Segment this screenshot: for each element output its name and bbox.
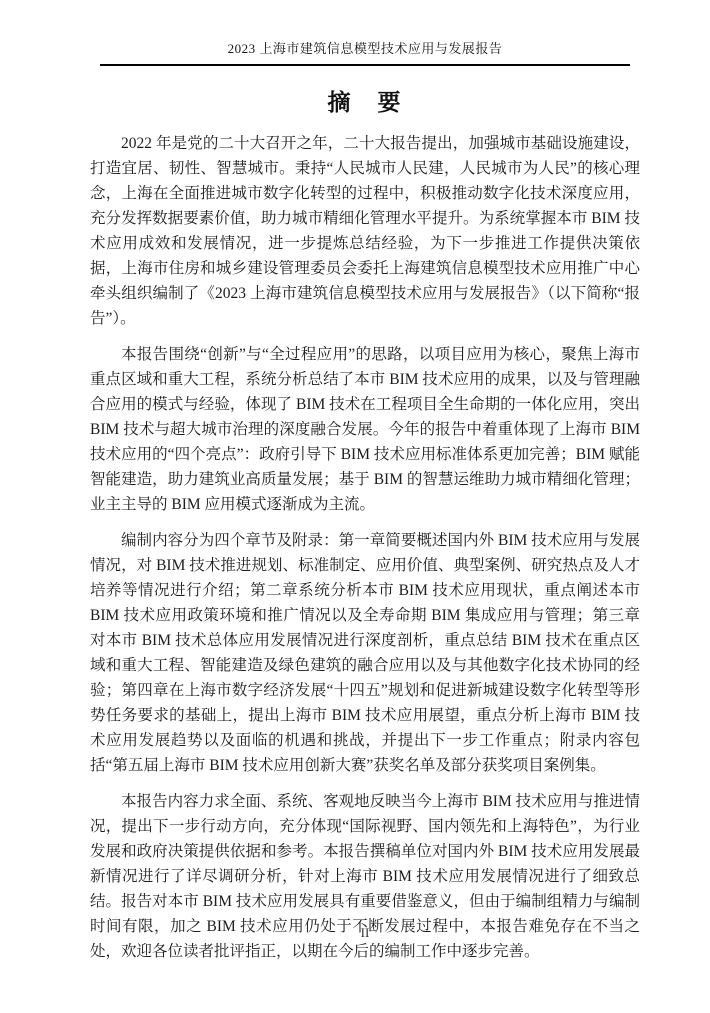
abstract-body: 2022 年是党的二十大召开之年，二十大报告提出，加强城市基础设施建设，打造宜居… <box>90 131 640 964</box>
paragraph-3: 编制内容分为四个章节及附录：第一章简要概述国内外 BIM 技术应用与发展情况，对… <box>90 528 640 778</box>
paragraph-1: 2022 年是党的二十大召开之年，二十大报告提出，加强城市基础设施建设，打造宜居… <box>90 131 640 331</box>
page-title: 摘 要 <box>90 84 640 117</box>
page-number: II <box>90 925 640 941</box>
running-header: 2023 上海市建筑信息模型技术应用与发展报告 <box>90 0 640 57</box>
document-page: 2023 上海市建筑信息模型技术应用与发展报告 摘 要 2022 年是党的二十大… <box>0 0 710 1013</box>
header-rule <box>100 64 630 66</box>
paragraph-2: 本报告围绕“创新”与“全过程应用”的思路，以项目应用为核心，聚焦上海市重点区域和… <box>90 342 640 517</box>
page-content: 2023 上海市建筑信息模型技术应用与发展报告 摘 要 2022 年是党的二十大… <box>90 0 640 964</box>
